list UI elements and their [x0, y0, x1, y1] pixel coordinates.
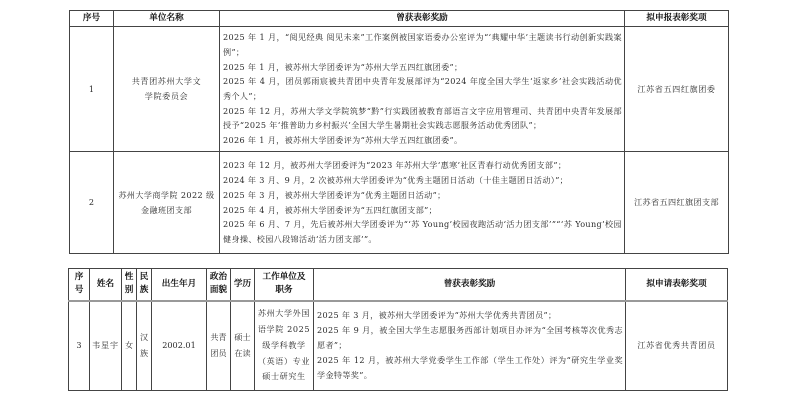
header-proposed-award: 拟申报表彰奖项 [625, 11, 729, 27]
row-seq: 1 [70, 27, 114, 152]
header-proposed-award: 拟申请表彰奖项 [626, 269, 728, 301]
awards-list: 2025 年 1 月，“阅见经典 阅见未来”工作案例被国家语委办公室评为“‘典耀… [220, 27, 625, 152]
person-name: 韦星宇 [90, 301, 122, 391]
proposed-award: 江苏省五四红旗团支部 [625, 152, 729, 254]
header-awards: 曾获表彰奖励 [220, 11, 625, 27]
award-item: 2025 年 12 月，苏州大学文学院筑梦“黔”行实践团被教育部语言文字应用管理… [223, 104, 622, 133]
table-header-row: 序号 单位名称 曾获表彰奖励 拟申报表彰奖项 [70, 11, 729, 27]
award-item: 2025 年 1 月，“阅见经典 阅见未来”工作案例被国家语委办公室评为“‘典耀… [223, 30, 622, 59]
header-job: 工作单位及职务 [255, 269, 314, 301]
proposed-award: 江苏省优秀共青团员 [626, 301, 728, 391]
award-item: 2025 年 3 月，被苏州大学团委评为“苏州大学优秀共青团员”； [317, 308, 623, 323]
award-item: 2025 年 12 月，被苏州大学党委学生工作部（学生工作处）评为“研究生学业奖… [317, 353, 623, 383]
individual-awards-table: 序号 姓名 性别 民族 出生年月 政治面貌 学历 工作单位及职务 曾获表彰奖励 … [68, 268, 728, 391]
table-row: 1 共青团苏州大学文学院委员会 2025 年 1 月，“阅见经典 阅见未来”工作… [70, 27, 729, 152]
header-ethnicity: 民族 [137, 269, 152, 301]
award-item: 2025 年 4 月，团员郭雨宸被共青团中央青年发展部评为“2024 年度全国大… [223, 74, 622, 103]
award-item: 2025 年 1 月，被苏州大学团委评为“苏州大学五四红旗团委”； [223, 60, 622, 75]
award-item: 2025 年 9 月，被全国大学生志愿服务西部计划项目办评为“全国考核等次优秀志… [317, 323, 623, 353]
unit-name: 苏州大学商学院 2022 级金融班团支部 [114, 152, 220, 254]
header-seq: 序号 [70, 11, 114, 27]
header-awards: 曾获表彰奖励 [314, 269, 626, 301]
political-status: 共青团员 [207, 301, 231, 391]
award-item: 2026 年 1 月，被苏州大学团委评为“苏州大学五四红旗团委”。 [223, 133, 622, 148]
award-item: 2023 年 12 月，被苏州大学团委评为“2023 年苏州大学‘惠寒’社区青春… [223, 158, 622, 173]
row-seq: 2 [70, 152, 114, 254]
header-seq: 序号 [69, 269, 90, 301]
ethnicity: 汉族 [137, 301, 152, 391]
table-row: 3 韦星宇 女 汉族 2002.01 共青团员 硕士在读 苏州大学外国语学院 2… [69, 301, 728, 391]
award-item: 2025 年 6 月、7 月，先后被苏州大学团委评为“‘苏 Young’校园夜跑… [223, 217, 622, 246]
header-unit-name: 单位名称 [114, 11, 220, 27]
table-row: 2 苏州大学商学院 2022 级金融班团支部 2023 年 12 月，被苏州大学… [70, 152, 729, 254]
table-header-row: 序号 姓名 性别 民族 出生年月 政治面貌 学历 工作单位及职务 曾获表彰奖励 … [69, 269, 728, 301]
education: 硕士在读 [231, 301, 255, 391]
job-position: 苏州大学外国语学院 2025 级学科教学（英语）专业硕士研究生 [255, 301, 314, 391]
birth-date: 2002.01 [152, 301, 207, 391]
header-political-status: 政治面貌 [207, 269, 231, 301]
header-name: 姓名 [90, 269, 122, 301]
award-item: 2025 年 4 月，被苏州大学团委评为“五四红旗团支部”； [223, 203, 622, 218]
awards-list: 2025 年 3 月，被苏州大学团委评为“苏州大学优秀共青团员”； 2025 年… [314, 301, 626, 391]
proposed-award: 江苏省五四红旗团委 [625, 27, 729, 152]
unit-name: 共青团苏州大学文学院委员会 [114, 27, 220, 152]
gender: 女 [122, 301, 137, 391]
unit-awards-table: 序号 单位名称 曾获表彰奖励 拟申报表彰奖项 1 共青团苏州大学文学院委员会 2… [69, 10, 729, 254]
header-gender: 性别 [122, 269, 137, 301]
awards-list: 2023 年 12 月，被苏州大学团委评为“2023 年苏州大学‘惠寒’社区青春… [220, 152, 625, 254]
award-item: 2024 年 3 月、9 月，2 次被苏州大学团委评为“优秀主题团日活动（十佳主… [223, 173, 622, 188]
header-birth: 出生年月 [152, 269, 207, 301]
header-education: 学历 [231, 269, 255, 301]
row-seq: 3 [69, 301, 90, 391]
award-item: 2025 年 3 月，被苏州大学团委评为“优秀主题团日活动”； [223, 188, 622, 203]
